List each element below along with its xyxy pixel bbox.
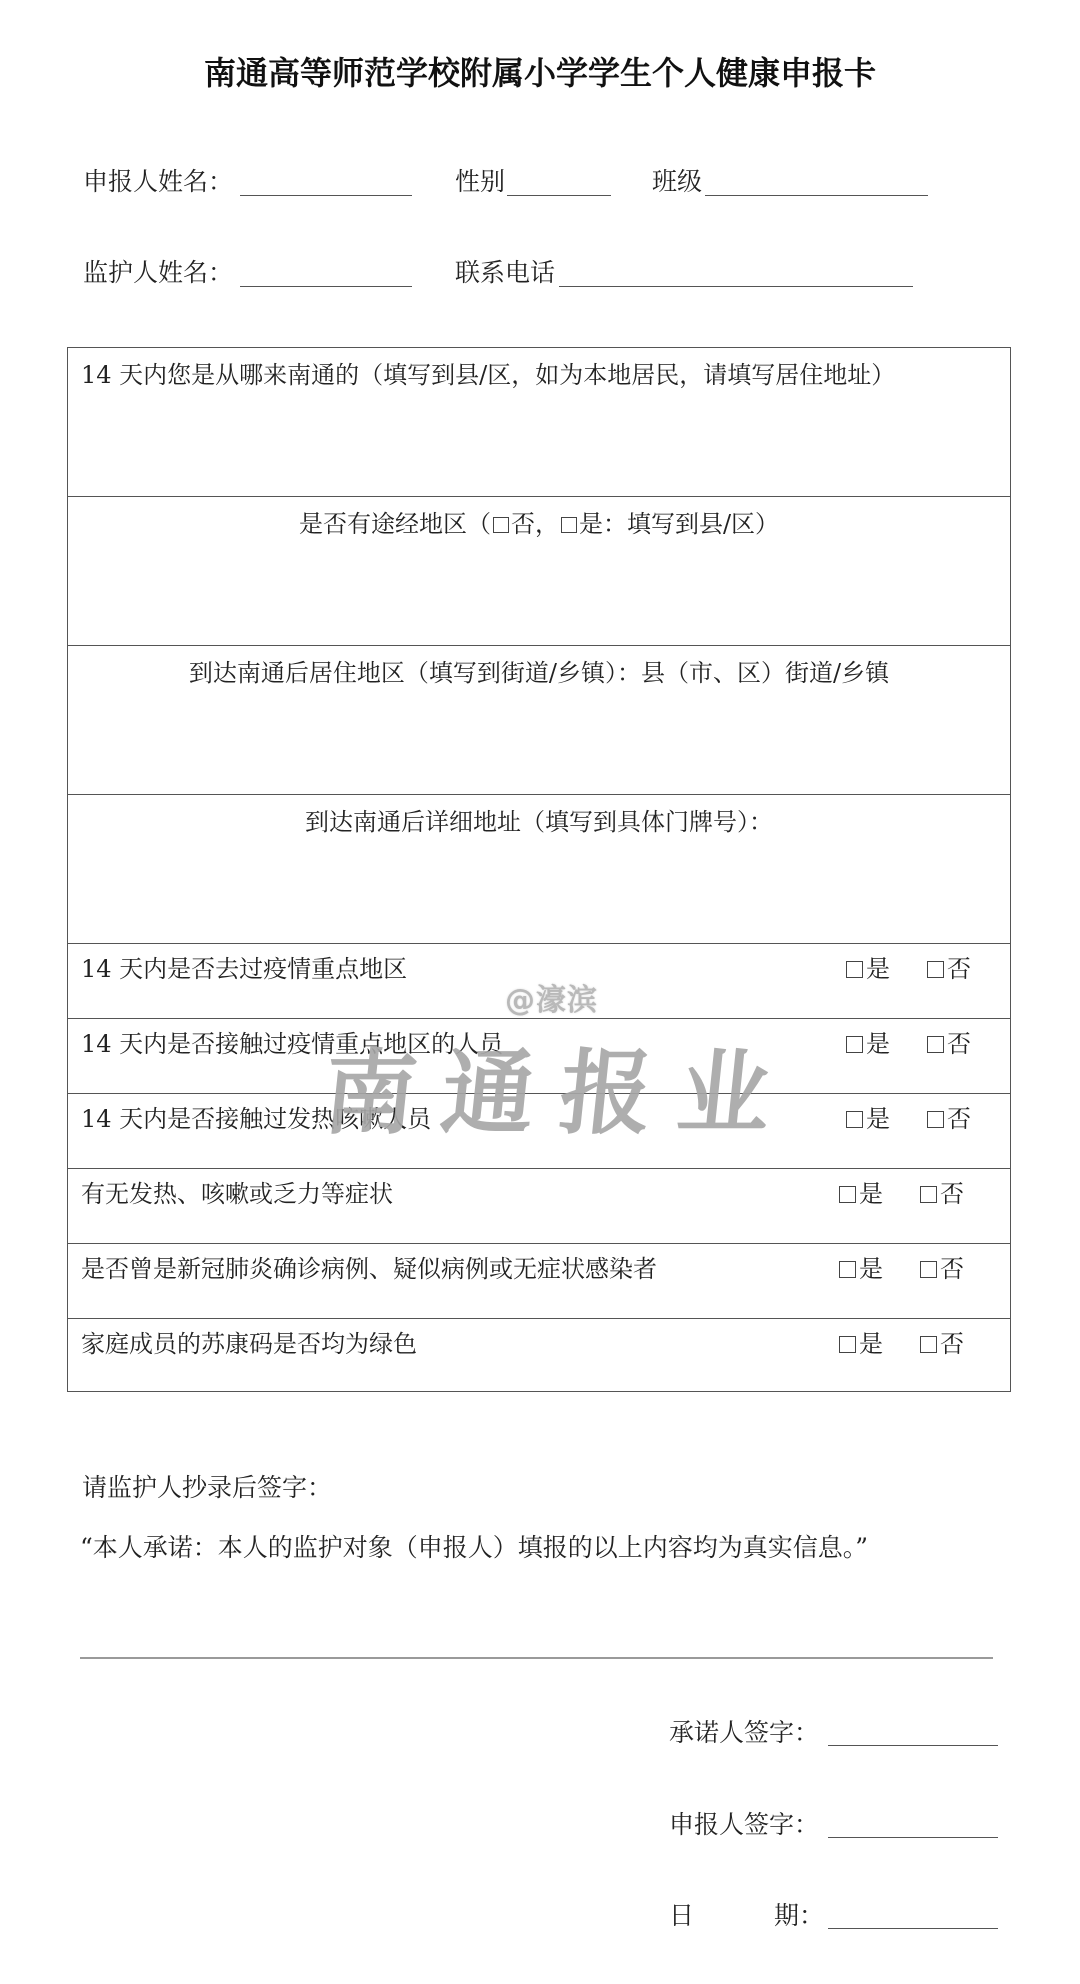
yes-option[interactable]: 是 [839, 1179, 883, 1209]
gender-label: 性别 [455, 167, 505, 197]
detailed-address-row[interactable]: 到达南通后详细地址（填写到具体门牌号）： [68, 795, 1010, 944]
check-row: 是否曾是新冠肺炎确诊病例、疑似病例或无症状感染者 是 否 [68, 1244, 1010, 1319]
transit-row[interactable]: 是否有途经地区（否，是：填写到县/区） [68, 497, 1010, 646]
no-label: 否 [940, 1255, 964, 1283]
yes-label: 是 [859, 1180, 883, 1208]
question-text: 是否曾是新冠肺炎确诊病例、疑似病例或无症状感染者 [81, 1254, 657, 1284]
yes-label: 是 [859, 1330, 883, 1358]
transit-question-text: 是否有途经地区（ [299, 510, 491, 538]
pledge-statement: “本人承诺：本人的监护对象（申报人）填报的以上内容均为真实信息。” [80, 1533, 868, 1563]
residence-area-row[interactable]: 到达南通后居住地区（填写到街道/乡镇）：县（市、区）街道/乡镇 [68, 646, 1010, 795]
no-option[interactable]: 否 [927, 1029, 971, 1059]
residence-area-question: 到达南通后居住地区（填写到街道/乡镇）：县（市、区）街道/乡镇 [68, 658, 1010, 688]
applicant-name-label: 申报人姓名： [83, 167, 233, 197]
form-title: 南通高等师范学校附属小学学生个人健康申报卡 [0, 48, 1080, 94]
applicant-signature-label: 申报人签字： [669, 1810, 819, 1840]
no-label: 否 [940, 1180, 964, 1208]
guardian-name-label: 监护人姓名： [83, 258, 233, 288]
no-checkbox[interactable] [920, 1261, 937, 1278]
class-field[interactable] [705, 195, 928, 196]
yes-label: 是 [866, 1105, 890, 1133]
pledger-signature-field[interactable] [828, 1745, 998, 1746]
yes-option[interactable]: 是 [846, 1104, 890, 1134]
yes-label: 是 [866, 955, 890, 983]
yes-option[interactable]: 是 [846, 954, 890, 984]
applicant-name-field[interactable] [240, 195, 412, 196]
yes-checkbox[interactable] [846, 1036, 863, 1053]
yes-option[interactable]: 是 [839, 1254, 883, 1284]
class-label: 班级 [652, 167, 702, 197]
health-declaration-table: 14 天内您是从哪来南通的（填写到县/区，如为本地居民，请填写居住地址） 是否有… [67, 347, 1011, 1392]
yes-checkbox[interactable] [846, 1111, 863, 1128]
phone-label: 联系电话 [455, 258, 555, 288]
transit-no-checkbox[interactable] [493, 517, 509, 533]
yes-option[interactable]: 是 [839, 1329, 883, 1359]
question-text: 家庭成员的苏康码是否均为绿色 [81, 1329, 417, 1359]
watermark-handle: @濠滨 [505, 975, 598, 1019]
no-label: 否 [947, 955, 971, 983]
applicant-signature-field[interactable] [828, 1837, 998, 1838]
yes-label: 是 [859, 1255, 883, 1283]
origin-row[interactable]: 14 天内您是从哪来南通的（填写到县/区，如为本地居民，请填写居住地址） [68, 348, 1010, 497]
no-checkbox[interactable] [927, 961, 944, 978]
origin-question: 14 天内您是从哪来南通的（填写到县/区，如为本地居民，请填写居住地址） [81, 360, 895, 390]
guardian-name-field[interactable] [240, 286, 412, 287]
date-label-first: 日 [669, 1901, 694, 1931]
phone-field[interactable] [559, 286, 913, 287]
transcription-line[interactable] [80, 1657, 993, 1659]
watermark-brand: 南通报业 [318, 1020, 804, 1152]
pledger-signature-label: 承诺人签字： [669, 1718, 819, 1748]
yes-checkbox[interactable] [839, 1336, 856, 1353]
gender-field[interactable] [507, 195, 611, 196]
no-checkbox[interactable] [927, 1036, 944, 1053]
no-option[interactable]: 否 [927, 1104, 971, 1134]
no-label: 否 [940, 1330, 964, 1358]
no-option[interactable]: 否 [920, 1179, 964, 1209]
transit-yes-checkbox[interactable] [561, 517, 577, 533]
yes-checkbox[interactable] [846, 961, 863, 978]
question-text: 有无发热、咳嗽或乏力等症状 [81, 1179, 393, 1209]
no-label: 否 [947, 1030, 971, 1058]
yes-label: 是 [866, 1030, 890, 1058]
no-option[interactable]: 否 [920, 1254, 964, 1284]
no-option[interactable]: 否 [920, 1329, 964, 1359]
no-checkbox[interactable] [920, 1186, 937, 1203]
date-label-second: 期： [774, 1901, 824, 1931]
no-option[interactable]: 否 [927, 954, 971, 984]
yes-checkbox[interactable] [839, 1186, 856, 1203]
check-row: 家庭成员的苏康码是否均为绿色 是 否 [68, 1319, 1010, 1393]
no-checkbox[interactable] [920, 1336, 937, 1353]
pledge-instruction: 请监护人抄录后签字： [82, 1473, 332, 1503]
date-field[interactable] [828, 1928, 998, 1929]
transit-no-label: 否， [511, 510, 559, 538]
no-label: 否 [947, 1105, 971, 1133]
question-text: 14 天内是否去过疫情重点地区 [81, 954, 407, 984]
detailed-address-question: 到达南通后详细地址（填写到具体门牌号）： [68, 807, 1010, 837]
yes-checkbox[interactable] [839, 1261, 856, 1278]
transit-question: 是否有途经地区（否，是：填写到县/区） [68, 509, 1010, 539]
yes-option[interactable]: 是 [846, 1029, 890, 1059]
check-row: 有无发热、咳嗽或乏力等症状 是 否 [68, 1169, 1010, 1244]
transit-yes-label: 是：填写到县/区） [579, 510, 779, 538]
no-checkbox[interactable] [927, 1111, 944, 1128]
